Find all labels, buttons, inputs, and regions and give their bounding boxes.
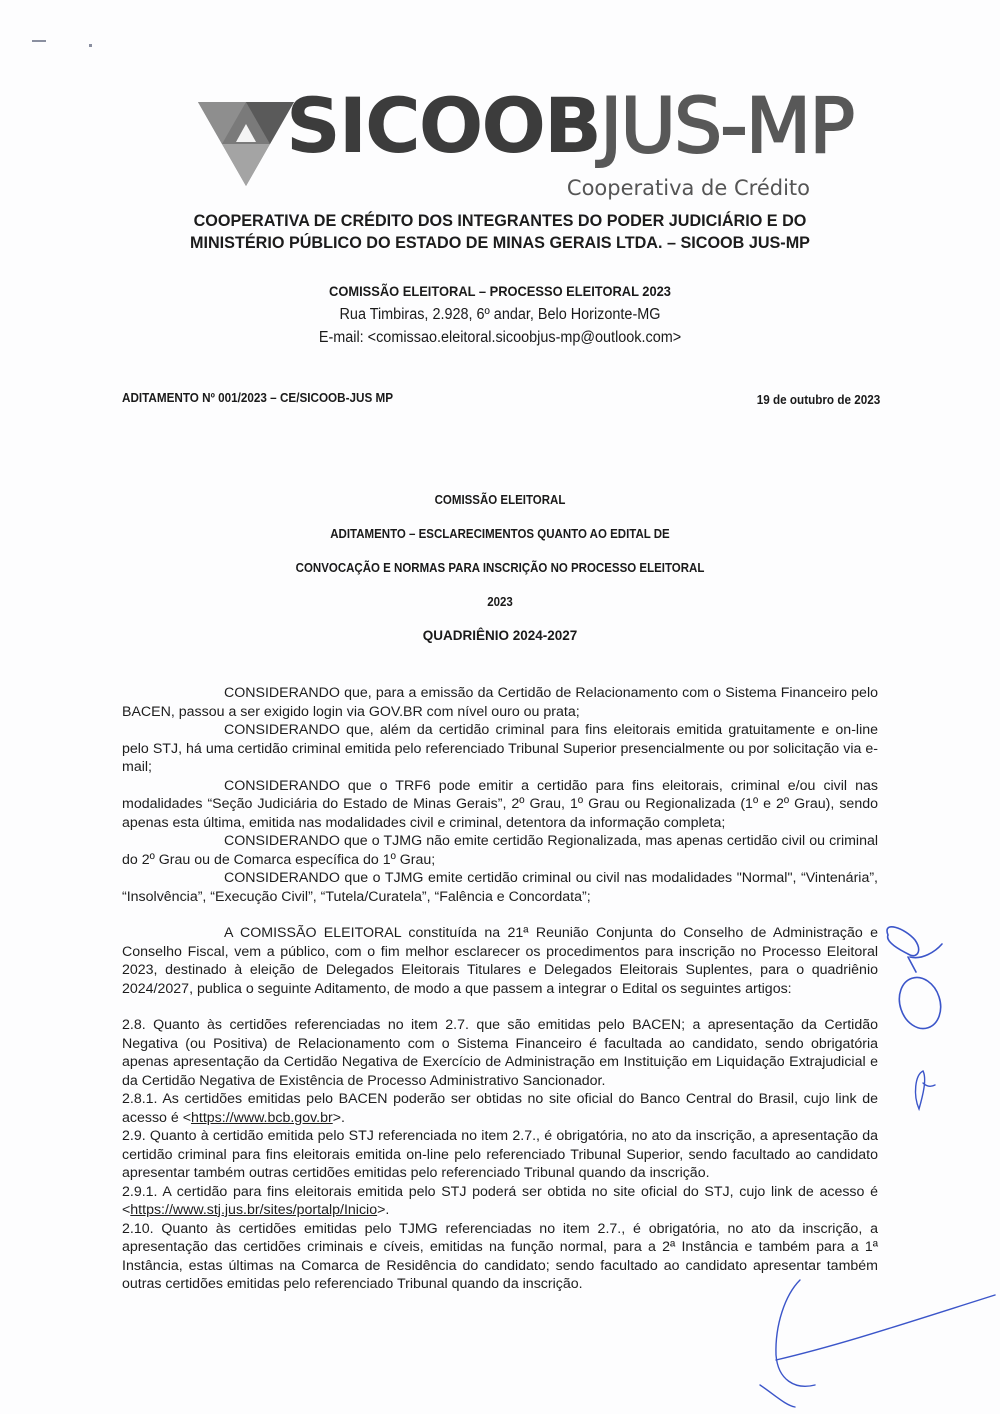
title-committee: COMISSÃO ELEITORAL [270,492,730,526]
committee-address: Rua Timbiras, 2.928, 6º andar, Belo Hori… [128,303,872,326]
organization-line-2: MINISTÉRIO PÚBLICO DO ESTADO DE MINAS GE… [100,232,900,254]
consideration-paragraph: CONSIDERANDO que, para a emissão da Cert… [122,684,878,721]
document-number: ADITAMENTO Nº 001/2023 – CE/SICOOB-JUS M… [122,390,393,405]
article-2-8-1: 2.8.1. As certidões emitidas pelo BACEN … [122,1090,878,1127]
preamble-paragraph: A COMISSÃO ELEITORAL constituída na 21ª … [122,924,878,998]
document-body: CONSIDERANDO que, para a emissão da Cert… [122,684,878,1294]
organization-line-1: COOPERATIVA DE CRÉDITO DOS INTEGRANTES D… [100,210,900,232]
title-year: 2023 [270,594,730,628]
stj-link[interactable]: https://www.stj.jus.br/sites/portalp/Ini… [130,1202,377,1218]
sicoob-logo: SICOOBJUS-MP Cooperativa de Crédito [190,96,820,206]
article-text: >. [377,1202,389,1218]
article-2-9-1: 2.9.1. A certidão para fins eleitorais e… [122,1183,878,1220]
article-2-9: 2.9. Quanto à certidão emitida pelo STJ … [122,1127,878,1183]
document-date: 19 de outubro de 2023 [756,392,880,407]
article-text: >. [333,1110,345,1126]
brand-secondary: JUS-MP [600,81,853,170]
committee-email: E-mail: <comissao.eleitoral.sicoobjus-mp… [128,326,872,349]
scan-artifact [89,44,92,47]
scan-artifact [32,40,46,42]
document-titles: COMISSÃO ELEITORAL ADITAMENTO – ESCLAREC… [250,492,750,662]
handwritten-initials-icon [880,900,1000,1150]
consideration-paragraph: CONSIDERANDO que o TJMG emite certidão c… [122,869,878,906]
article-2-8: 2.8. Quanto às certidões referenciadas n… [122,1016,878,1090]
handwritten-rubric-icon [905,1065,945,1115]
brand-subtitle: Cooperativa de Crédito [567,176,810,200]
article-2-10: 2.10. Quanto às certidões emitidas pelo … [122,1220,878,1294]
organization-name: COOPERATIVA DE CRÉDITO DOS INTEGRANTES D… [100,210,900,254]
consideration-paragraph: CONSIDERANDO que o TJMG não emite certid… [122,832,878,869]
committee-title: COMISSÃO ELEITORAL – PROCESSO ELEITORAL … [132,280,868,303]
bcb-link[interactable]: https://www.bcb.gov.br [191,1110,333,1126]
title-convocation: CONVOCAÇÃO E NORMAS PARA INSCRIÇÃO NO PR… [270,560,730,594]
brand-name: SICOOBJUS-MP [286,88,853,164]
committee-header: COMISSÃO ELEITORAL – PROCESSO ELEITORAL … [100,280,900,349]
title-quadrennium: QUADRIÊNIO 2024-2027 [250,628,750,662]
consideration-paragraph: CONSIDERANDO que o TRF6 pode emitir a ce… [122,777,878,833]
title-addendum: ADITAMENTO – ESCLARECIMENTOS QUANTO AO E… [270,526,730,560]
sicoob-triangle-logo-icon [198,102,294,186]
consideration-paragraph: CONSIDERANDO que, além da certidão crimi… [122,721,878,777]
brand-primary: SICOOB [286,81,600,170]
